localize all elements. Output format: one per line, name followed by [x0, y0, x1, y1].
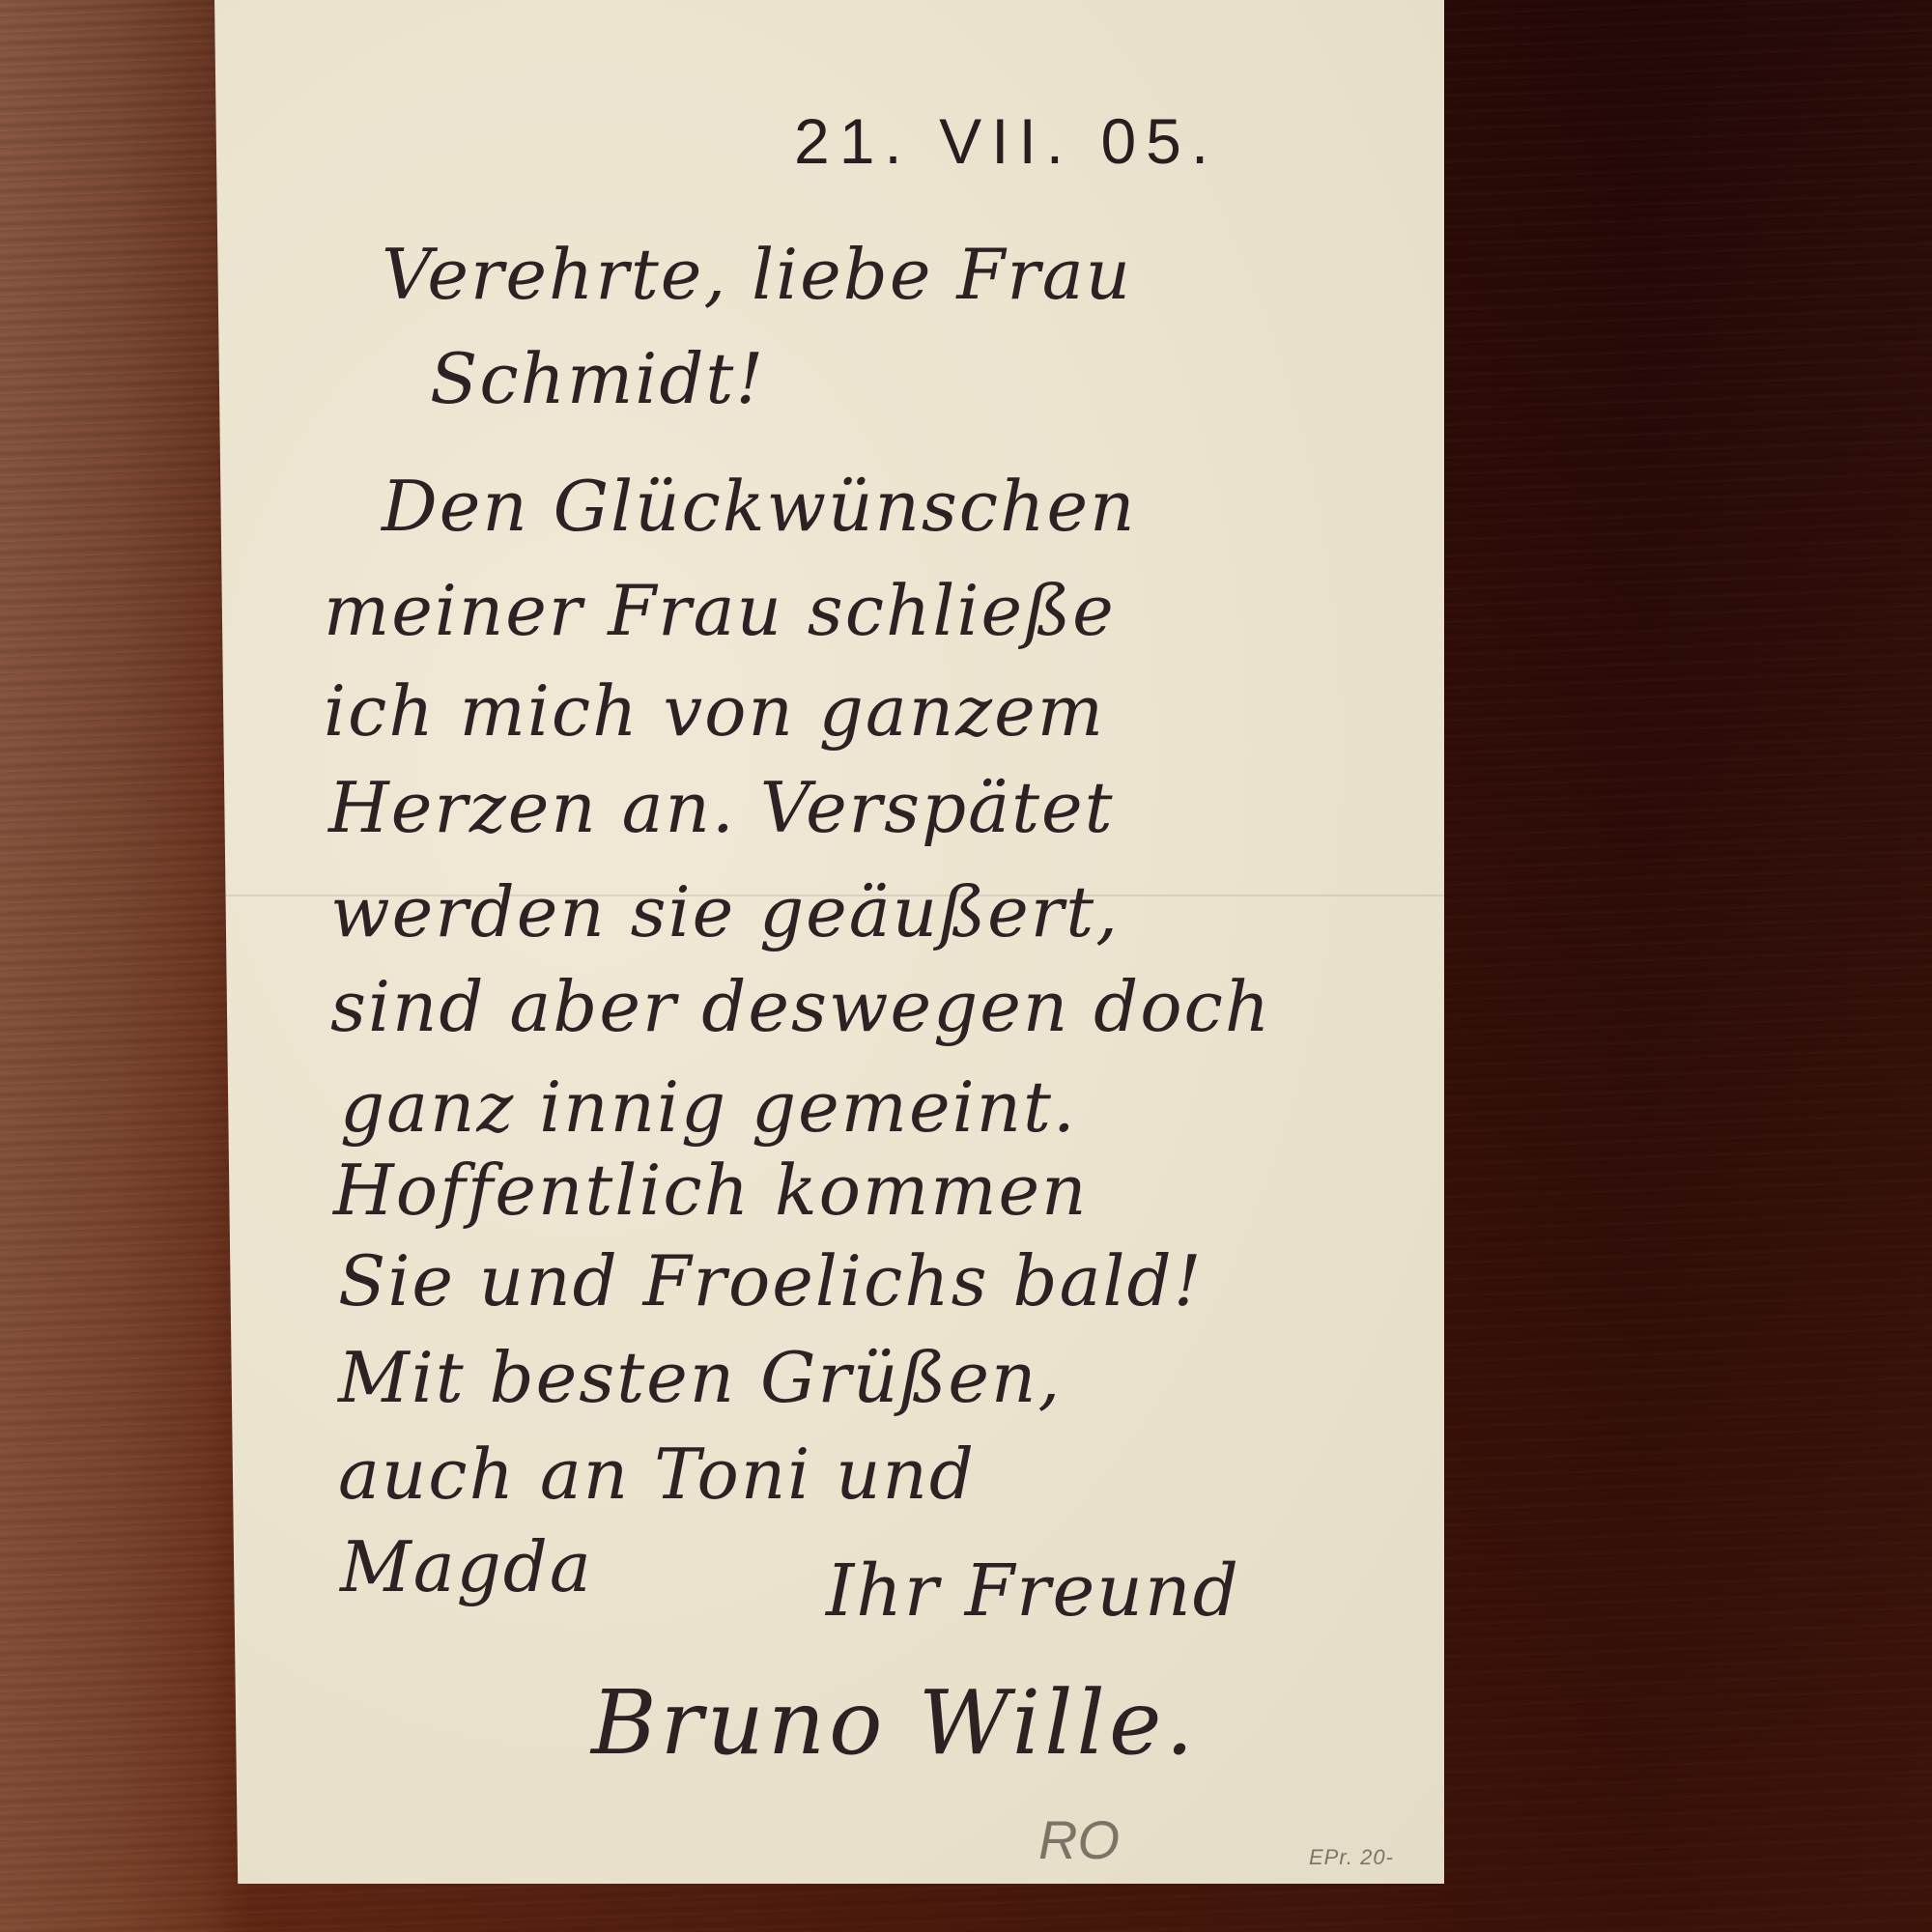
body-line: Sie und Froelichs bald!	[338, 1246, 1204, 1316]
body-line: werden sie geäußert,	[330, 877, 1120, 947]
body-line: Den Glückwünschen	[382, 471, 1136, 541]
body-line: ich mich von ganzem	[324, 676, 1105, 746]
letter-date: 21. VII. 05.	[794, 104, 1218, 178]
body-line: meiner Frau schließe	[324, 576, 1116, 645]
salutation-line-1: Verehrte, liebe Frau	[382, 240, 1132, 309]
letter-closing: Ihr Freund	[826, 1555, 1240, 1627]
pencil-price-annotation: EPr. 20-	[1309, 1845, 1394, 1870]
body-line: Mit besten Grüßen,	[338, 1343, 1062, 1412]
body-line: Magda	[340, 1532, 593, 1602]
salutation-line-2: Schmidt!	[430, 344, 765, 413]
body-line: Hoffentlich kommen	[333, 1155, 1089, 1225]
body-line: sind aber deswegen doch	[330, 972, 1271, 1041]
pencil-initials-annotation: RO	[1038, 1808, 1120, 1871]
letter-signature: Bruno Wille.	[591, 1671, 1198, 1775]
body-line: ganz innig gemeint.	[340, 1072, 1077, 1142]
body-line: Herzen an. Verspätet	[328, 773, 1115, 842]
body-line: auch an Toni und	[338, 1439, 976, 1509]
